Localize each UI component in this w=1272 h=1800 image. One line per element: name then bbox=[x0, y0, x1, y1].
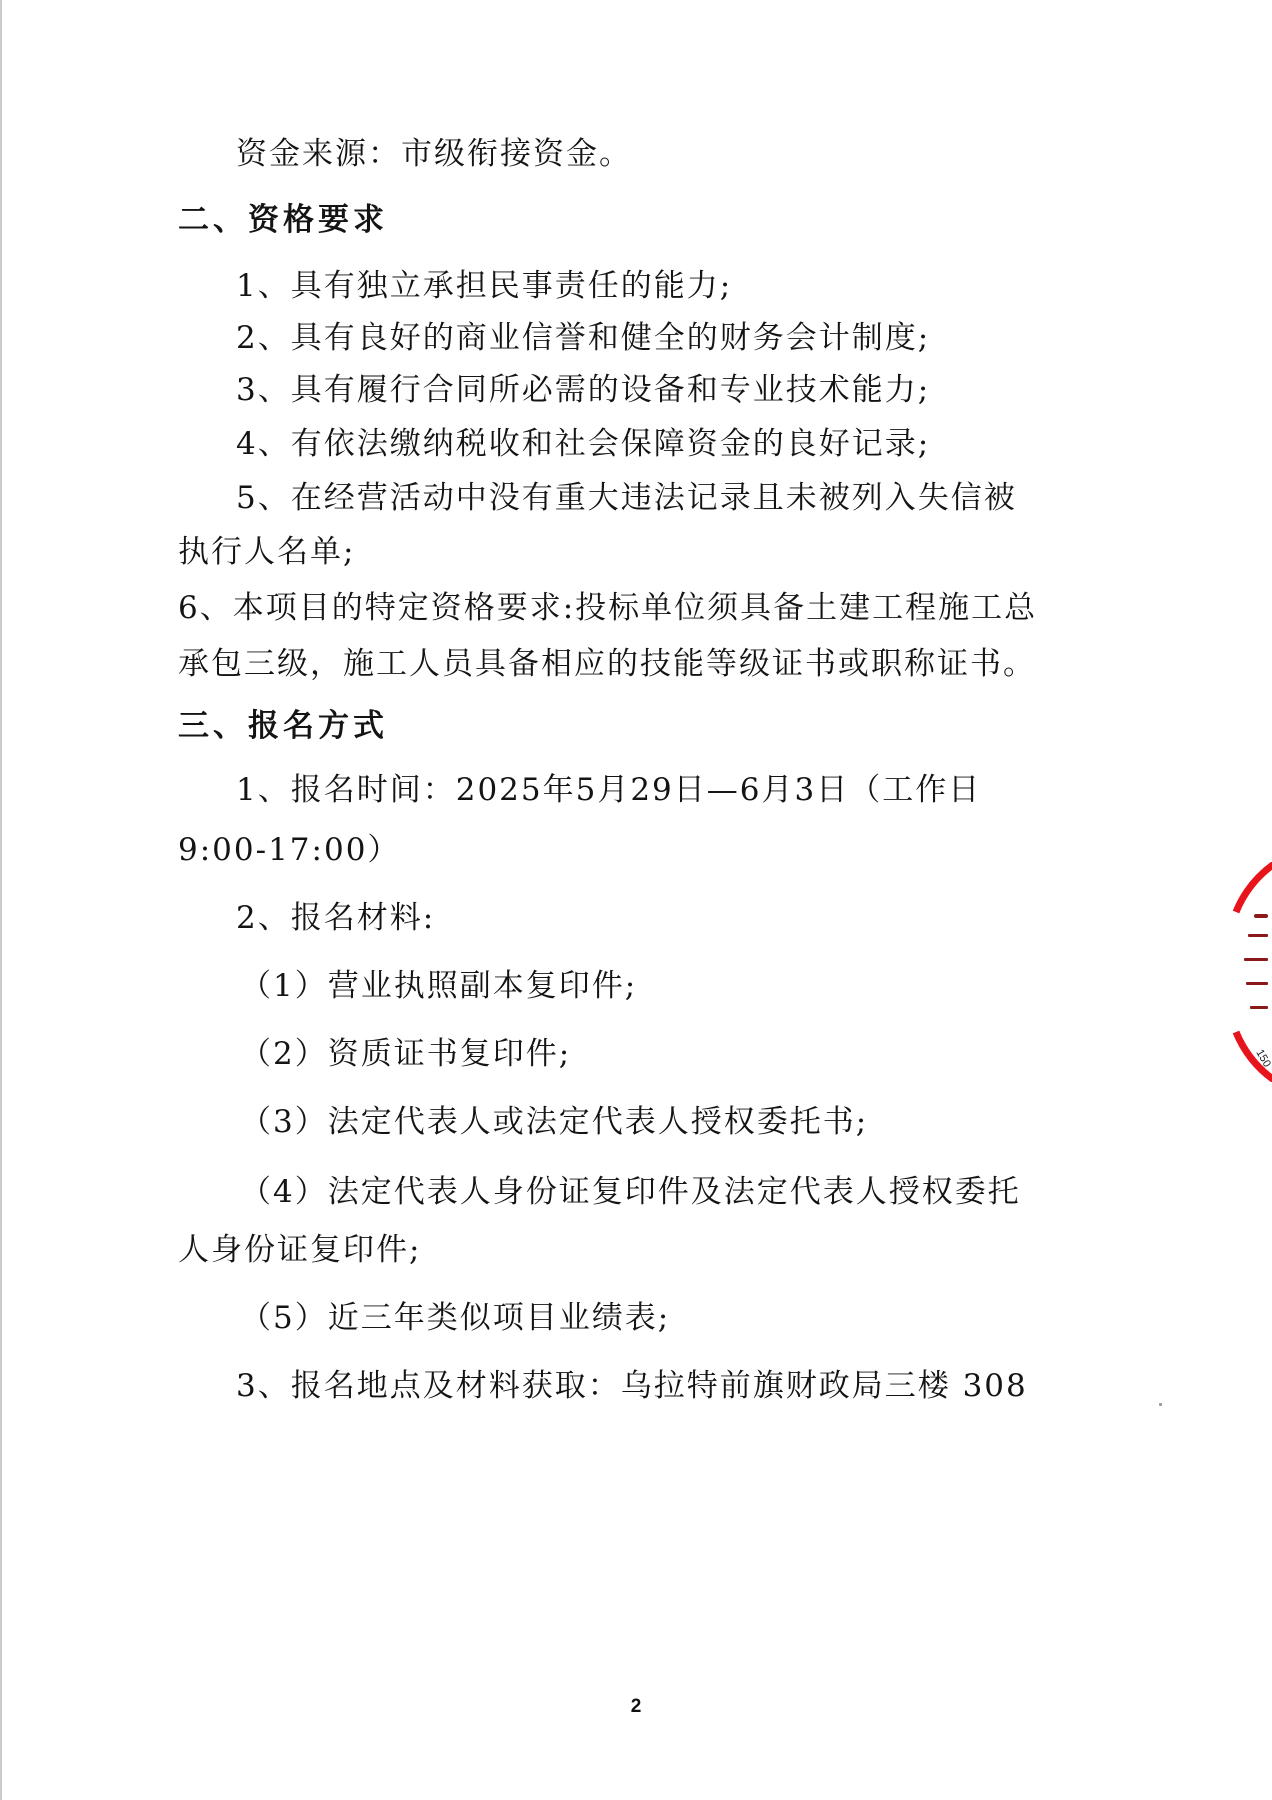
requirement-5-line-2: 执行人名单; bbox=[178, 532, 355, 572]
registration-time-line-2: 9:00-17:00） bbox=[178, 830, 400, 870]
scan-speck bbox=[1159, 1403, 1162, 1406]
registration-materials-heading: 2、报名材料: bbox=[236, 898, 435, 938]
requirement-3: 3、具有履行合同所必需的设备和专业技术能力; bbox=[236, 370, 930, 410]
material-item-2: （2）资质证书复印件; bbox=[240, 1034, 571, 1074]
page-edge-shadow bbox=[0, 0, 2, 1800]
page-number: 2 bbox=[0, 1696, 1272, 1718]
requirement-6-line-1: 6、本项目的特定资格要求:投标单位须具备土建工程施工总 bbox=[178, 588, 1037, 628]
requirement-2: 2、具有良好的商业信誉和健全的财务会计制度; bbox=[236, 318, 930, 358]
section-heading-qualifications: 二、资格要求 bbox=[178, 200, 388, 240]
requirement-6-line-2: 承包三级，施工人员具备相应的技能等级证书或职称证书。 bbox=[178, 644, 1036, 684]
material-item-4-line-2: 人身份证复印件; bbox=[178, 1230, 421, 1270]
registration-time-line-1: 1、报名时间：2025年5月29日—6月3日（工作日 bbox=[236, 770, 981, 810]
requirement-1: 1、具有独立承担民事责任的能力; bbox=[236, 266, 732, 306]
requirement-5-line-1: 5、在经营活动中没有重大违法记录且未被列入失信被 bbox=[236, 478, 1017, 518]
material-item-3: （3）法定代表人或法定代表人授权委托书; bbox=[240, 1102, 868, 1142]
registration-location: 3、报名地点及材料获取：乌拉特前旗财政局三楼 308 bbox=[236, 1366, 1028, 1406]
requirement-4: 4、有依法缴纳税收和社会保障资金的良好记录; bbox=[236, 424, 930, 464]
funding-source-line: 资金来源：市级衔接资金。 bbox=[236, 134, 632, 174]
material-item-4-line-1: （4）法定代表人身份证复印件及法定代表人授权委托 bbox=[240, 1172, 1021, 1212]
material-item-5: （5）近三年类似项目业绩表; bbox=[240, 1298, 670, 1338]
official-seal-stamp: 150 bbox=[1232, 862, 1272, 1082]
material-item-1: （1）营业执照副本复印件; bbox=[240, 966, 637, 1006]
section-heading-registration: 三、报名方式 bbox=[178, 706, 388, 746]
